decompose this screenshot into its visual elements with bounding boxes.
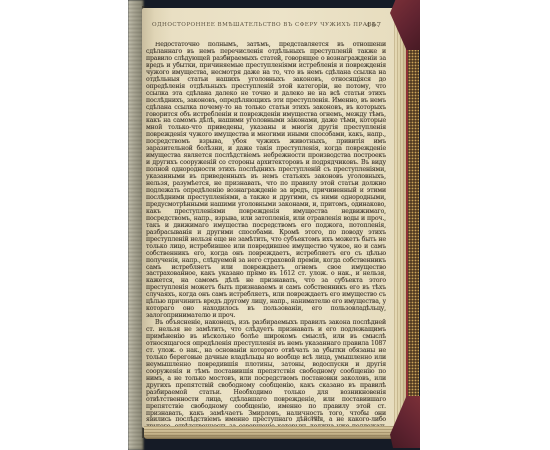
book-photo: ОДНОСТОРОННЕЕ ВМѢШАТЕЛЬСТВО ВЪ СФЕРУ ЧУЖ… — [128, 0, 420, 450]
paragraph: Недостаточно полнымъ, затѣмъ, представля… — [146, 42, 386, 320]
right-page-fore-edge — [394, 10, 406, 426]
cover-marbled-strip — [408, 34, 419, 414]
running-title: ОДНОСТОРОННЕЕ ВМѢШАТЕЛЬСТВО ВЪ СФЕРУ ЧУЖ… — [152, 22, 358, 28]
page-number: 467 — [366, 21, 382, 29]
screenshot-canvas: ОДНОСТОРОННЕЕ ВМѢШАТЕЛЬСТВО ВЪ СФЕРУ ЧУЖ… — [0, 0, 550, 450]
paragraph: Въ объясненіе, наконецъ, изъ разбираемых… — [146, 320, 386, 426]
page-bottom-edges — [144, 426, 396, 439]
running-header: ОДНОСТОРОННЕЕ ВМѢШАТЕЛЬСТВО ВЪ СФЕРУ ЧУЖ… — [152, 22, 384, 32]
book-page: ОДНОСТОРОННЕЕ ВМѢШАТЕЛЬСТВО ВЪ СФЕРУ ЧУЖ… — [142, 8, 394, 428]
page-body: Недостаточно полнымъ, затѣмъ, представля… — [146, 42, 386, 426]
signature-mark: 30* — [310, 416, 320, 422]
